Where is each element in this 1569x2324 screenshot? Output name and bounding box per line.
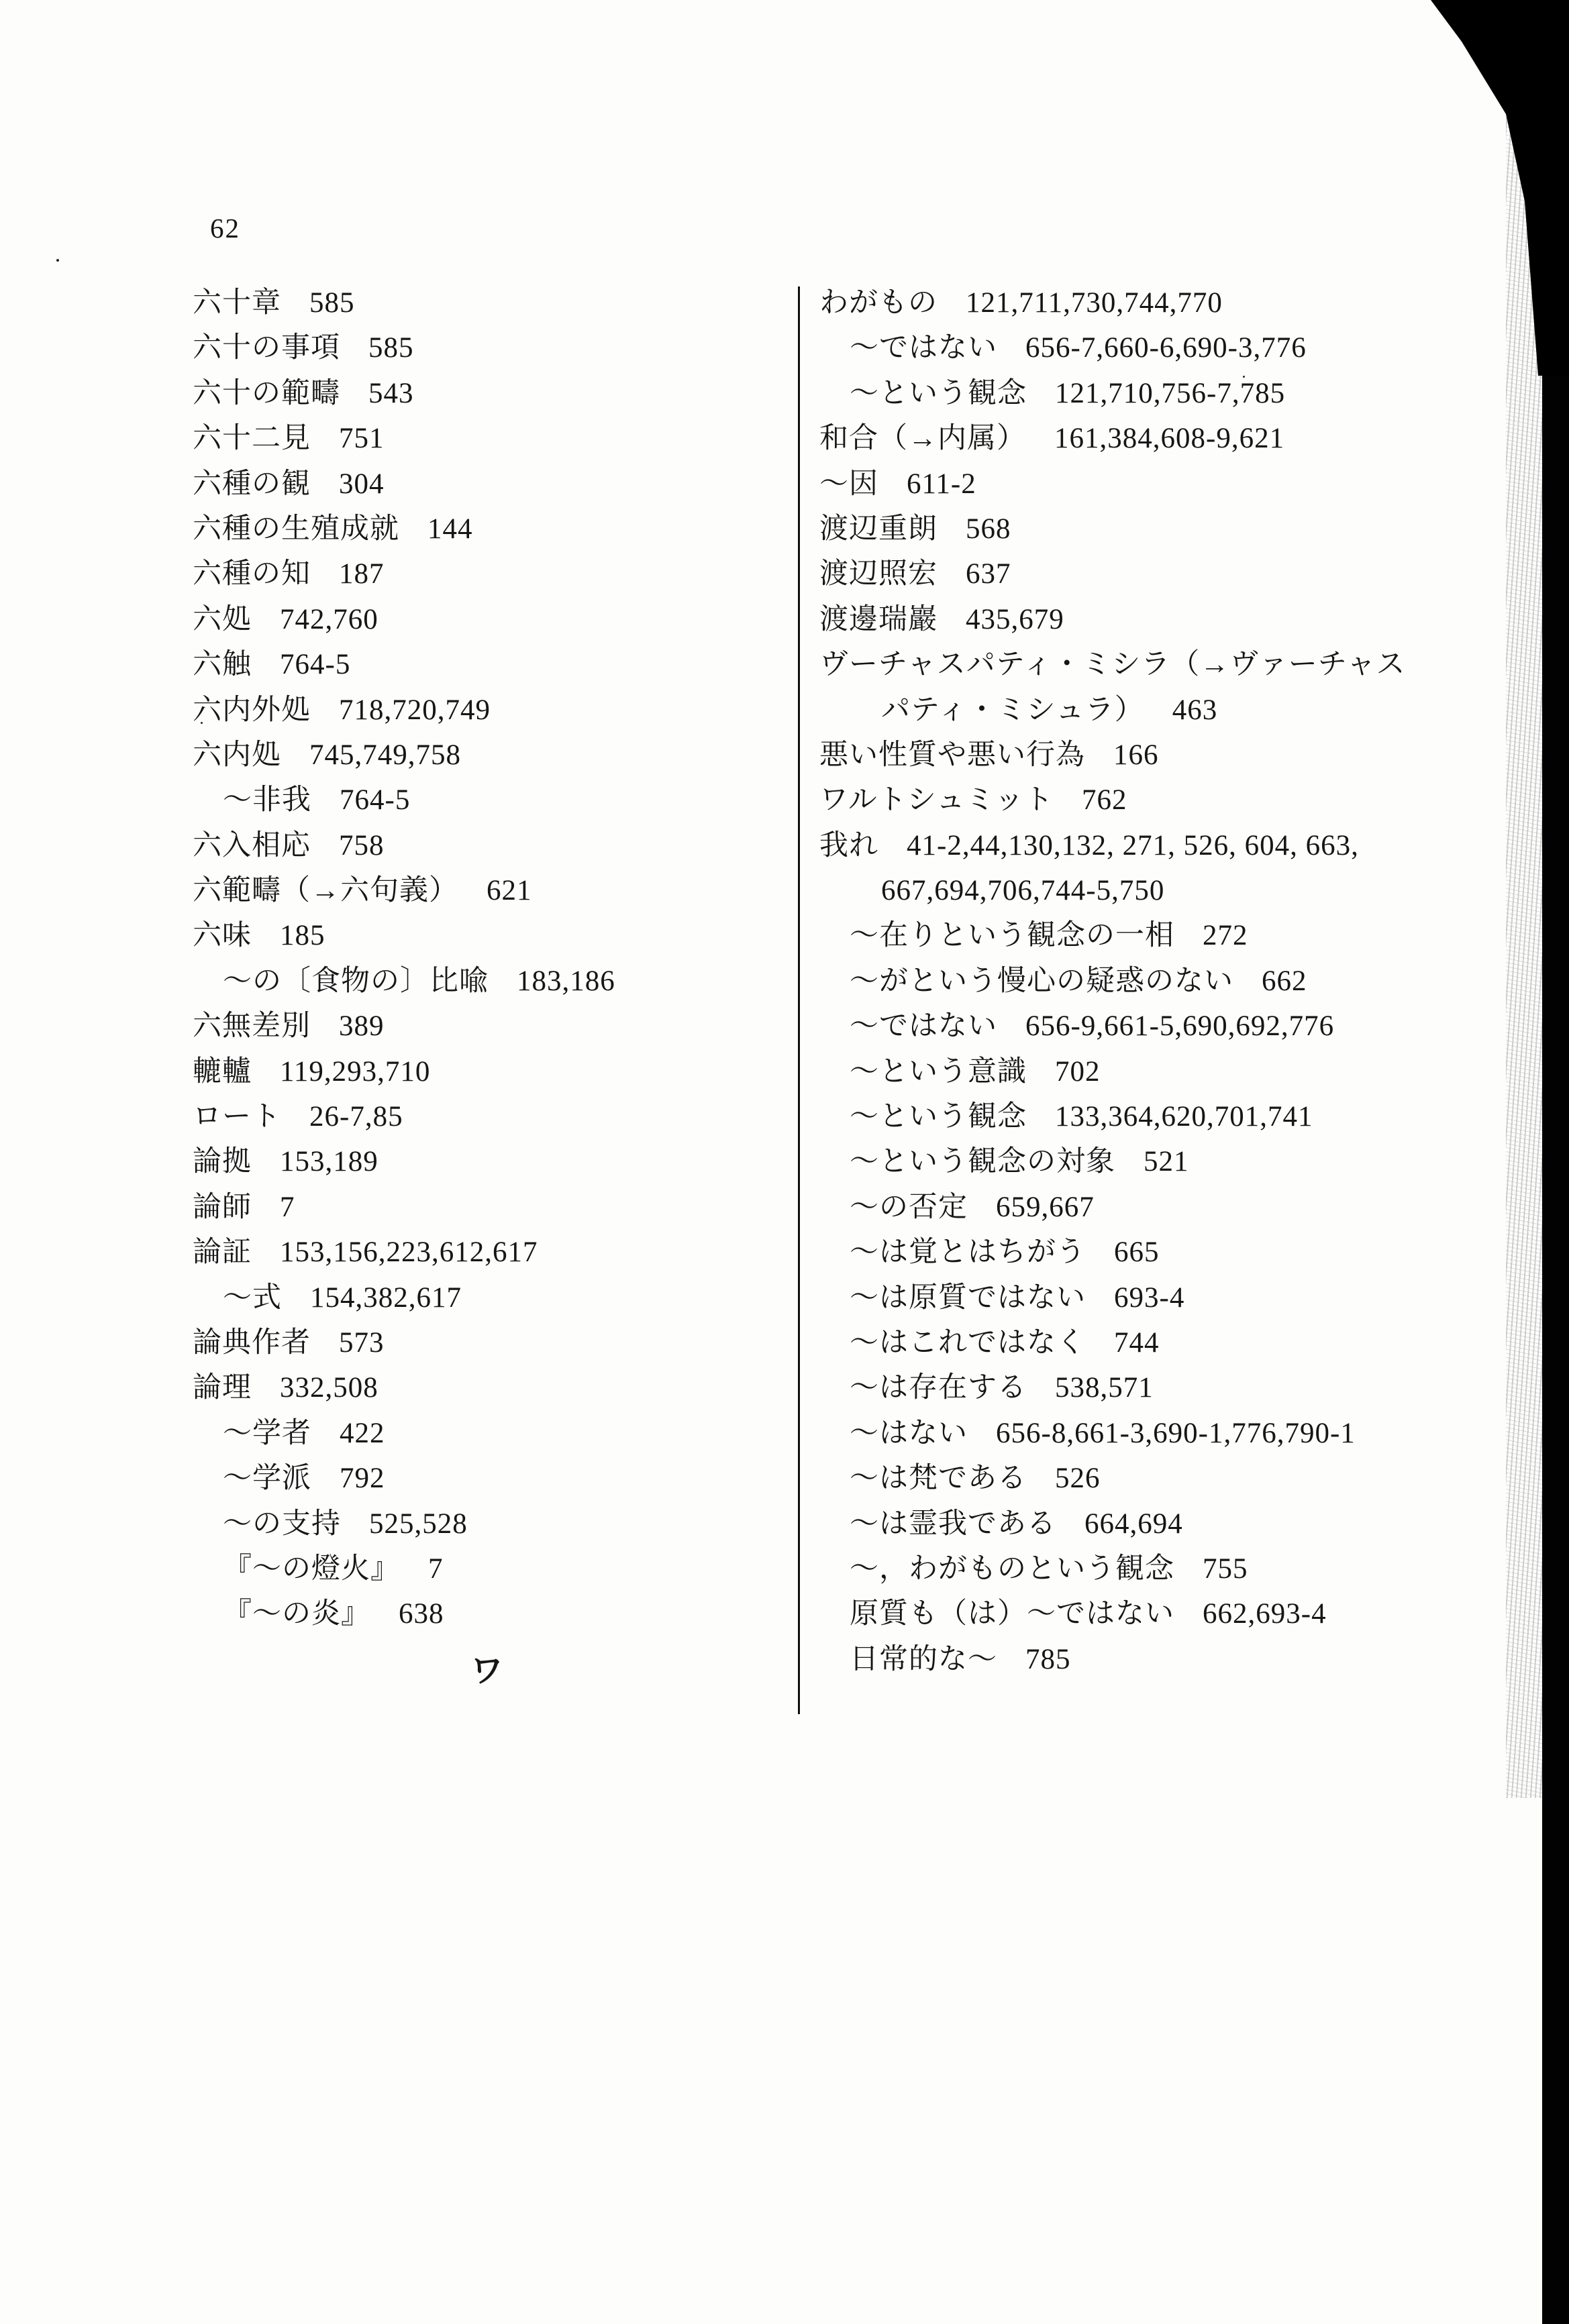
entry-term: 〜の支持 <box>223 1501 341 1546</box>
entry-term: 〜がという慢心の疑惑のない <box>850 959 1233 1004</box>
entry-term: 六種の生殖成就 <box>193 507 399 551</box>
entry-pages: 764-5 <box>280 642 350 687</box>
entry-term: 六範疇（→六句義） <box>193 868 458 913</box>
entry-term: 『〜の炎』 <box>223 1591 370 1636</box>
index-entry: 〜ではない 656-7,660-6,690-3,776 <box>819 325 1554 370</box>
entry-pages: 526 <box>1055 1456 1101 1501</box>
entry-pages: 585 <box>309 280 355 325</box>
entry-term: 原質も（は）〜ではない <box>850 1591 1174 1636</box>
index-entry: 原質も（は）〜ではない 662,693-4 <box>819 1591 1554 1636</box>
index-entry: 〜がという慢心の疑惑のない 662 <box>819 959 1554 1004</box>
index-entry: 六触 764-5 <box>193 642 800 687</box>
index-entry: 日常的な〜 785 <box>819 1637 1554 1682</box>
entry-term: 〜は霊我である <box>850 1501 1056 1546</box>
entry-term: 〜はこれではなく <box>850 1320 1086 1365</box>
entry-term: 六十二見 <box>193 416 311 461</box>
entry-pages: 144 <box>427 507 473 551</box>
index-entry: 六十章 585 <box>193 280 800 325</box>
index-entry: わがもの 121,711,730,744,770 <box>819 280 1554 325</box>
entry-term: 〜は梵である <box>850 1456 1027 1501</box>
entry-term: 轆轤 <box>193 1049 252 1094</box>
entry-pages: 161,384,608-9,621 <box>1054 416 1284 461</box>
entry-term: ワルトシュミット <box>819 778 1054 823</box>
index-entry: 渡辺照宏 637 <box>819 551 1554 596</box>
index-entry: ヴーチャスパティ・ミシラ（→ヴァーチャス <box>819 642 1554 687</box>
entry-pages: 41-2,44,130,132, 271, 526, 604, 663, <box>907 823 1359 868</box>
entry-term: ロート <box>193 1094 281 1139</box>
index-entry: 667,694,706,744-5,750 <box>819 868 1554 913</box>
index-entry: 六味 185 <box>193 913 800 958</box>
entry-term: 論典作者 <box>193 1320 311 1365</box>
entry-pages: 525,528 <box>369 1501 468 1546</box>
entry-term: わがもの <box>819 280 938 325</box>
entry-term: 六味 <box>193 913 252 958</box>
index-entry: 〜ではない 656-9,661-5,690,692,776 <box>819 1004 1554 1049</box>
entry-term: 六内外処 <box>193 688 311 733</box>
index-entry: 論証 153,156,223,612,617 <box>193 1230 800 1275</box>
entry-pages: 611-2 <box>907 462 976 507</box>
index-entry: 論師 7 <box>193 1185 800 1230</box>
entry-pages: 389 <box>339 1004 385 1049</box>
entry-pages: 744 <box>1114 1320 1160 1365</box>
index-entry: 和合（→内属） 161,384,608-9,621 <box>819 416 1554 461</box>
entry-pages: 272 <box>1203 913 1248 958</box>
index-entry: 〜という観念 133,364,620,701,741 <box>819 1094 1554 1139</box>
entry-term: 六無差別 <box>193 1004 311 1049</box>
entry-pages: 792 <box>340 1456 385 1501</box>
index-entry: 論典作者 573 <box>193 1320 800 1365</box>
entry-pages: 121,711,730,744,770 <box>966 280 1223 325</box>
entry-term: 論拠 <box>193 1139 252 1184</box>
entry-pages: 785 <box>1025 1637 1071 1682</box>
entry-term: 渡辺重朗 <box>819 507 938 551</box>
section-header-wa: ワ <box>470 1645 505 1692</box>
entry-pages: 166 <box>1113 733 1159 778</box>
index-entry: 『〜の炎』 638 <box>193 1591 800 1636</box>
entry-term: 渡辺照宏 <box>819 551 938 596</box>
entry-term: 『〜の燈火』 <box>223 1546 400 1591</box>
entry-pages: 543 <box>368 371 414 416</box>
index-entry: 〜，わがものという観念 755 <box>819 1546 1554 1591</box>
entry-term: 〜ではない <box>850 325 997 370</box>
index-entry: 〜は存在する 538,571 <box>819 1365 1554 1410</box>
entry-term: 論証 <box>193 1230 252 1275</box>
scan-speck <box>56 259 59 262</box>
entry-term: 〜という観念 <box>850 1094 1027 1139</box>
entry-pages: 133,364,620,701,741 <box>1055 1094 1313 1139</box>
entry-pages: 764-5 <box>340 778 410 823</box>
index-entry: 悪い性質や悪い行為 166 <box>819 733 1554 778</box>
entry-term: パティ・ミシュラ） <box>881 688 1144 733</box>
entry-pages: 538,571 <box>1055 1365 1154 1410</box>
left-column: 六十章 585 六十の事項 585 六十の範疇 543 六十二見 751 六種の… <box>193 280 800 1637</box>
index-entry: 六種の生殖成就 144 <box>193 507 800 551</box>
scan-speck <box>1243 376 1245 378</box>
entry-term: ヴーチャスパティ・ミシラ（→ヴァーチャス <box>819 642 1406 687</box>
entry-term: 〜因 <box>819 462 878 507</box>
entry-pages: 751 <box>339 416 385 461</box>
index-entry: 〜という観念の対象 521 <box>819 1139 1554 1184</box>
entry-pages: 742,760 <box>280 597 378 642</box>
index-entry: 六種の知 187 <box>193 551 800 596</box>
entry-term: 六十章 <box>193 280 281 325</box>
entry-term: 〜式 <box>223 1275 282 1320</box>
entry-term: 六内処 <box>193 733 281 778</box>
entry-term: 渡邊瑞巖 <box>819 597 938 642</box>
index-entry: 〜の支持 525,528 <box>193 1501 800 1546</box>
entry-term: 〜学者 <box>223 1411 311 1456</box>
index-entry: 〜は霊我である 664,694 <box>819 1501 1554 1546</box>
index-entry: 渡辺重朗 568 <box>819 507 1554 551</box>
index-entry: 〜因 611-2 <box>819 462 1554 507</box>
entry-term: 〜という観念の対象 <box>850 1139 1115 1184</box>
entry-term: 〜学派 <box>223 1456 311 1501</box>
entry-term: 六種の知 <box>193 551 311 596</box>
entry-term: 六種の観 <box>193 462 311 507</box>
entry-pages: 693-4 <box>1114 1275 1184 1320</box>
index-entry: 六十二見 751 <box>193 416 800 461</box>
entry-pages: 154,382,617 <box>310 1275 462 1320</box>
entry-pages: 7 <box>428 1546 444 1591</box>
entry-pages: 26-7,85 <box>309 1094 403 1139</box>
index-entry: 六無差別 389 <box>193 1004 800 1049</box>
entry-pages: 621 <box>487 868 532 913</box>
index-entry: 〜という観念 121,710,756-7,785 <box>819 371 1554 416</box>
index-entry: 〜は梵である 526 <box>819 1456 1554 1501</box>
index-entry: 〜学者 422 <box>193 1411 800 1456</box>
entry-pages: 662,693-4 <box>1203 1591 1327 1636</box>
index-entry: 六内処 745,749,758 <box>193 733 800 778</box>
book-index-page: 62 六十章 585 六十の事項 585 六十の範疇 543 六十二見 751 … <box>0 0 1569 2324</box>
entry-term: 〜は原質ではない <box>850 1275 1086 1320</box>
index-entry: 〜の〔食物の〕比喩 183,186 <box>193 959 800 1004</box>
entry-term: 〜はない <box>850 1411 968 1456</box>
entry-pages: 185 <box>280 913 325 958</box>
index-entry: 六処 742,760 <box>193 597 800 642</box>
entry-term: 六十の事項 <box>193 325 340 370</box>
entry-term: 〜在りという観念の一相 <box>850 913 1174 958</box>
entry-term: 日常的な〜 <box>850 1637 997 1682</box>
index-entry: 〜学派 792 <box>193 1456 800 1501</box>
entry-pages: 7 <box>280 1185 295 1230</box>
index-entry: 〜の否定 659,667 <box>819 1185 1554 1230</box>
entry-term: 六入相応 <box>193 823 311 868</box>
entry-pages: 422 <box>340 1411 385 1456</box>
entry-pages: 521 <box>1144 1139 1189 1184</box>
entry-pages: 638 <box>399 1591 444 1636</box>
index-entry: 『〜の燈火』 7 <box>193 1546 800 1591</box>
entry-term: 論理 <box>193 1365 252 1410</box>
index-entry: 六種の観 304 <box>193 462 800 507</box>
entry-pages: 667,694,706,744-5,750 <box>881 868 1164 913</box>
column-divider <box>798 286 800 1714</box>
index-entry: 我れ 41-2,44,130,132, 271, 526, 604, 663, <box>819 823 1554 868</box>
entry-pages: 153,189 <box>280 1139 378 1184</box>
right-column: わがもの 121,711,730,744,770 〜ではない 656-7,660… <box>819 280 1554 1682</box>
entry-pages: 718,720,749 <box>339 688 491 733</box>
entry-pages: 304 <box>339 462 385 507</box>
entry-pages: 332,508 <box>280 1365 378 1410</box>
index-entry: 轆轤 119,293,710 <box>193 1049 800 1094</box>
entry-term: 我れ <box>819 823 878 868</box>
entry-pages: 656-9,661-5,690,692,776 <box>1025 1004 1334 1049</box>
entry-term: 論師 <box>193 1185 252 1230</box>
index-entry: 〜非我 764-5 <box>193 778 800 823</box>
index-entry: 六入相応 758 <box>193 823 800 868</box>
entry-term: 〜ではない <box>850 1004 997 1049</box>
entry-pages: 183,186 <box>517 959 615 1004</box>
entry-term: 〜という意識 <box>850 1049 1027 1094</box>
entry-term: 六処 <box>193 597 252 642</box>
entry-pages: 463 <box>1172 688 1218 733</box>
entry-term: 〜，わがものという観念 <box>850 1546 1174 1591</box>
entry-pages: 702 <box>1055 1049 1101 1094</box>
entry-pages: 656-7,660-6,690-3,776 <box>1025 325 1307 370</box>
entry-pages: 656-8,661-3,690-1,776,790-1 <box>996 1411 1356 1456</box>
page-number: 62 <box>210 212 240 244</box>
index-entry: ロート 26-7,85 <box>193 1094 800 1139</box>
entry-pages: 187 <box>339 551 385 596</box>
index-entry: 論拠 153,189 <box>193 1139 800 1184</box>
entry-pages: 585 <box>368 325 414 370</box>
entry-pages: 573 <box>339 1320 385 1365</box>
entry-term: 〜の〔食物の〕比喩 <box>223 959 489 1004</box>
entry-pages: 664,694 <box>1084 1501 1183 1546</box>
entry-term: 和合（→内属） <box>819 416 1026 461</box>
index-entry: 論理 332,508 <box>193 1365 800 1410</box>
index-entry: 〜はない 656-8,661-3,690-1,776,790-1 <box>819 1411 1554 1456</box>
index-entry: 〜は覚とはちがう 665 <box>819 1230 1554 1275</box>
entry-pages: 758 <box>339 823 385 868</box>
entry-pages: 637 <box>966 551 1011 596</box>
entry-pages: 435,679 <box>966 597 1064 642</box>
index-entry: 〜はこれではなく 744 <box>819 1320 1554 1365</box>
index-entry: ワルトシュミット 762 <box>819 778 1554 823</box>
entry-term: 〜という観念 <box>850 371 1027 416</box>
entry-pages: 568 <box>966 507 1011 551</box>
entry-pages: 662 <box>1262 959 1307 1004</box>
index-entry: 六十の範疇 543 <box>193 371 800 416</box>
index-entry: 六十の事項 585 <box>193 325 800 370</box>
index-entry: 〜在りという観念の一相 272 <box>819 913 1554 958</box>
index-entry: 〜という意識 702 <box>819 1049 1554 1094</box>
entry-term: 〜は存在する <box>850 1365 1027 1410</box>
entry-pages: 121,710,756-7,785 <box>1055 371 1285 416</box>
entry-term: 〜非我 <box>223 778 311 823</box>
index-entry: 〜式 154,382,617 <box>193 1275 800 1320</box>
index-entry: 六内外処 718,720,749 <box>193 688 800 733</box>
entry-term: 〜の否定 <box>850 1185 968 1230</box>
scan-speck <box>201 722 203 724</box>
entry-pages: 659,667 <box>996 1185 1095 1230</box>
entry-term: 〜は覚とはちがう <box>850 1230 1086 1275</box>
entry-pages: 119,293,710 <box>280 1049 430 1094</box>
entry-pages: 762 <box>1082 778 1127 823</box>
entry-term: 悪い性質や悪い行為 <box>819 733 1085 778</box>
entry-pages: 755 <box>1203 1546 1248 1591</box>
entry-term: 六十の範疇 <box>193 371 340 416</box>
index-entry: 六範疇（→六句義） 621 <box>193 868 800 913</box>
entry-pages: 745,749,758 <box>309 733 461 778</box>
entry-pages: 153,156,223,612,617 <box>280 1230 538 1275</box>
index-entry: 〜は原質ではない 693-4 <box>819 1275 1554 1320</box>
index-entry: パティ・ミシュラ） 463 <box>819 688 1554 733</box>
entry-term: 六触 <box>193 642 252 687</box>
entry-pages: 665 <box>1114 1230 1160 1275</box>
index-entry: 渡邊瑞巖 435,679 <box>819 597 1554 642</box>
